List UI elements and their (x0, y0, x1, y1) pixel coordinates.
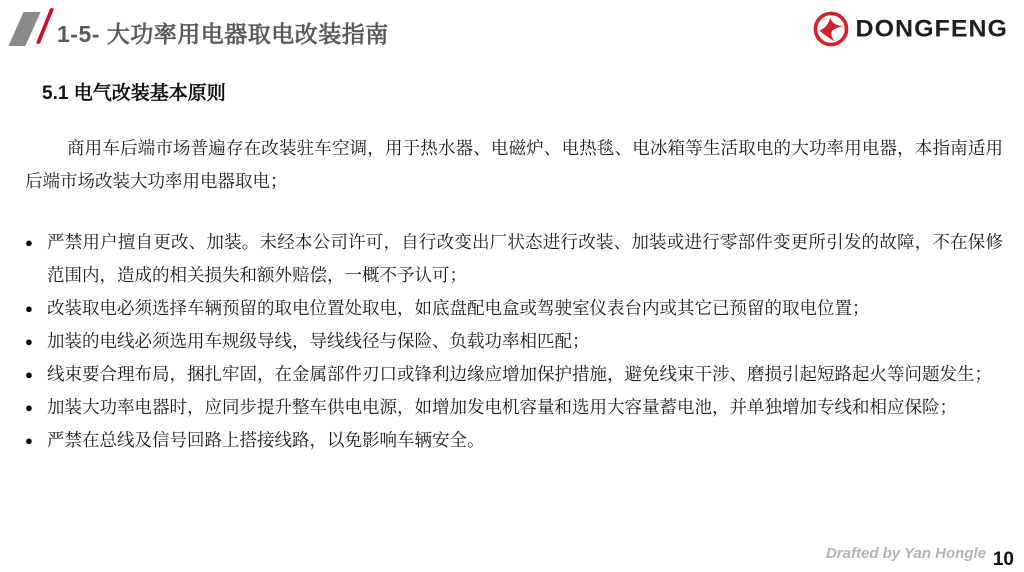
bullet-icon: ● (25, 226, 47, 259)
bullet-item: ● 改装取电必须选择车辆预留的取电位置处取电，如底盘配电盒或驾驶室仪表台内或其它… (25, 292, 1003, 325)
footer-credit: Drafted by Yan Hongle (826, 545, 986, 562)
intro-paragraph: 商用车后端市场普遍存在改装驻车空调，用于热水器、电磁炉、电热毯、电冰箱等生活取电… (25, 132, 1003, 198)
section-heading: 5.1 电气改装基本原则 (42, 78, 226, 105)
bullet-icon: ● (25, 391, 47, 424)
bullet-item: ● 加装的电线必须选用车规级导线，导线线径与保险、负载功率相匹配； (25, 325, 1003, 358)
bullet-text: 加装的电线必须选用车规级导线，导线线径与保险、负载功率相匹配； (47, 325, 1003, 358)
bullet-text: 严禁在总线及信号回路上搭接线路，以免影响车辆安全。 (47, 424, 1003, 457)
bullet-icon: ● (25, 292, 47, 325)
bullet-item: ● 严禁在总线及信号回路上搭接线路，以免影响车辆安全。 (25, 424, 1003, 457)
bullet-icon: ● (25, 325, 47, 358)
bullet-text: 严禁用户擅自更改、加装。未经本公司许可，自行改变出厂状态进行改装、加装或进行零部… (47, 226, 1003, 292)
slide: 1-5- 大功率用电器取电改装指南 DONGFENG 5.1 电气改装基本原则 … (0, 0, 1024, 572)
bullet-text: 线束要合理布局，捆扎牢固，在金属部件刃口或锋利边缘应增加保护措施，避免线束干涉、… (47, 358, 1003, 391)
dongfeng-logo: DONGFENG (813, 11, 1008, 47)
bullet-item: ● 线束要合理布局，捆扎牢固，在金属部件刃口或锋利边缘应增加保护措施，避免线束干… (25, 358, 1003, 391)
dongfeng-wordmark: DONGFENG (856, 15, 1008, 43)
bullet-item: ● 加装大功率电器时，应同步提升整车供电电源，如增加发电机容量和选用大容量蓄电池… (25, 391, 1003, 424)
slide-body: 商用车后端市场普遍存在改装驻车空调，用于热水器、电磁炉、电热毯、电冰箱等生活取电… (25, 132, 1003, 457)
bullet-list: ● 严禁用户擅自更改、加装。未经本公司许可，自行改变出厂状态进行改装、加装或进行… (25, 226, 1003, 457)
bullet-text: 改装取电必须选择车辆预留的取电位置处取电，如底盘配电盒或驾驶室仪表台内或其它已预… (47, 292, 1003, 325)
page-number: 10 (993, 549, 1014, 571)
bullet-icon: ● (25, 424, 47, 457)
dongfeng-emblem-icon (813, 11, 849, 47)
bullet-icon: ● (25, 358, 47, 391)
slide-title: 1-5- 大功率用电器取电改装指南 (57, 16, 389, 49)
slide-accent-slash-icon (10, 8, 56, 48)
bullet-text: 加装大功率电器时，应同步提升整车供电电源，如增加发电机容量和选用大容量蓄电池，并… (47, 391, 1003, 424)
bullet-item: ● 严禁用户擅自更改、加装。未经本公司许可，自行改变出厂状态进行改装、加装或进行… (25, 226, 1003, 292)
